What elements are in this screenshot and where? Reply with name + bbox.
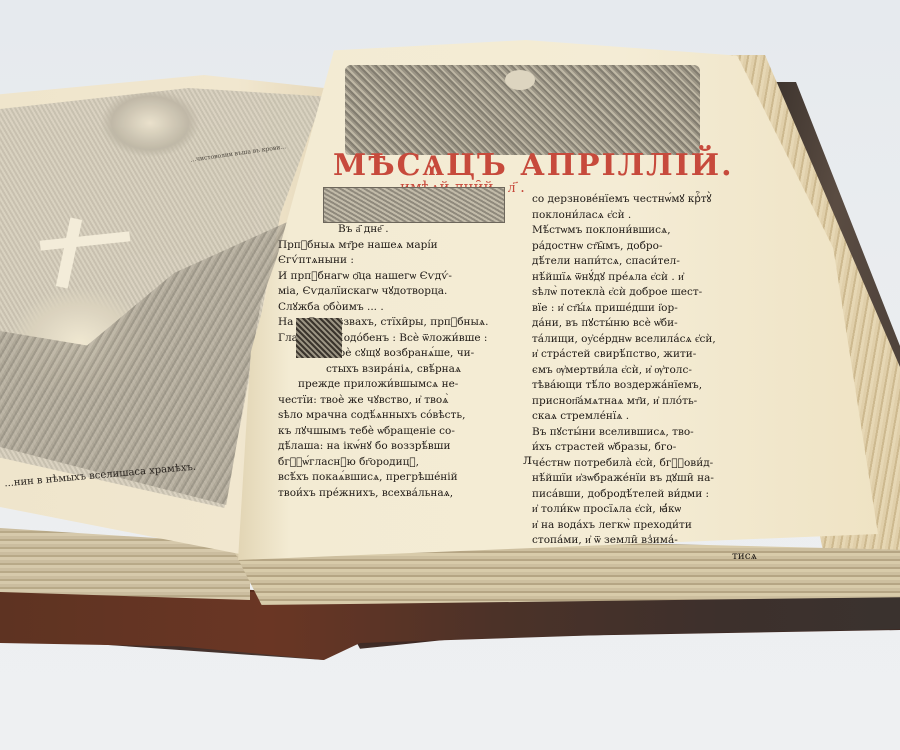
page-title: МѢСѦЦЪ АПРІЛЛІЙ. <box>333 148 734 183</box>
text-line: и҆ толи́кѡ просїѧла є҆сѝ, ꙗ҆́кѡ <box>532 502 757 518</box>
text-line: дѣ́тели напи́тсѧ, спаси́тел- <box>532 254 757 270</box>
text-line: дѣ́лаша: на ікѡ́нꙋ бо воззрѣ́вши <box>278 439 488 455</box>
halo-icon <box>505 70 535 90</box>
text-line: И прпⷣбнагѡ ѻ҃ца нашегѡ Єѵдѵ́- <box>278 269 488 285</box>
text-line: Прпⷣбныѧ мт҃ре нашеѧ марі́и <box>278 238 488 254</box>
text-line: твои́хъ пре́жнихъ, всехва́льнаѧ, <box>278 486 488 502</box>
text-line: ра́достнѡ ст҃ы̑мъ, добро- <box>532 239 757 255</box>
text-line: и҆ стра́стей свирѣ́пство, жити- <box>532 347 757 363</box>
text-line: и́хъ страстей ѡ҆бразы, бго- <box>532 440 757 456</box>
text-line: ѕѣло мрачна содѣ́ѧнныхъ со́вѣсть, <box>278 408 488 424</box>
text-line: вїе : и҆ ст҃ы́ѧ прише́дши і҆ор- <box>532 301 757 317</box>
text-line: да́ни, въ пꙋсты́ню всѐ ѡ҆би- <box>532 316 757 332</box>
decorated-initial <box>296 318 342 358</box>
text-line: нѣ́йшїи и҆зѡбраже́нїи въ дꙋши̑ на- <box>532 471 757 487</box>
text-line: и҆ на вода́хъ легкѡ̀ преходи́ти <box>532 518 757 534</box>
text-line: всѣ́хъ покаѧ́вшисѧ, прегрѣше́ній <box>278 470 488 486</box>
text-line: присноп҃а́мѧтнаѧ мт҃и, и҆ пло́ть- <box>532 394 757 410</box>
text-line: міа, Єѵдалїискагѡ чꙋдотворца. <box>278 284 488 300</box>
text-line: тисѧ <box>532 549 757 565</box>
text-line: бгⷪ҇ѡ́гласнꙋю бг҃ородицꙋ, <box>278 455 488 471</box>
text-line: скаѧ стремле́нїѧ . <box>532 409 757 425</box>
text-line: нѣ́йшїѧ ѿнꙋ́дꙋ пре́ѧла є҆сѝ . и҆ <box>532 270 757 286</box>
text-line: стопа́ми, и҆ ѿ земли̑ вз̾има́- <box>532 533 757 549</box>
text-line: ѕѣлѡ̀ потекла̀ є҆сѝ доброе шест- <box>532 285 757 301</box>
page-signature: л <box>523 452 532 468</box>
text-line: прежде приложи́вшымсѧ не- <box>278 377 488 393</box>
text-line: писа́вши, добродѣ́телей ви́дми : <box>532 487 757 503</box>
text-line: Въ пꙋсты́ни вселившисѧ, тво- <box>532 425 757 441</box>
text-line: поклони́ласѧ є҆сѝ . <box>532 208 757 224</box>
text-line: Въ а҃ дне҃ . <box>278 222 488 238</box>
text-line: Мѣ́стѡмъ поклони́вшисѧ, <box>532 223 757 239</box>
text-column-left: Въ а҃ дне҃ . Прпⷣбныѧ мт҃ре нашеѧ марі́и… <box>278 222 488 501</box>
small-ornament-woodcut <box>323 187 505 223</box>
text-line: та́лищи, оу҆се́рднѡ вселила́сѧ є҆сѝ, <box>532 332 757 348</box>
text-line: ємъ ѹ҆мертви́ла є҆сѝ, и҆ ѹ҆толс- <box>532 363 757 379</box>
text-line: Слꙋжба ѻбо̀имъ ... . <box>278 300 488 316</box>
text-column-right: со дерзнове́нїемъ честнѡ́мꙋ крⷭ҇тꙋ̀ покл… <box>532 192 757 564</box>
text-line: Єгѵ́птѧныни : <box>278 253 488 269</box>
text-line: къ лꙋчшымъ тебѐ ѡбращеніе со- <box>278 424 488 440</box>
text-line: тѣва́ющи тѣ́ло воздержа́нїемъ, <box>532 378 757 394</box>
text-line: че́стнѡ потребила̀ є҆сѝ, бгⷪ҇ови́д- <box>532 456 757 472</box>
text-line: со дерзнове́нїемъ честнѡ́мꙋ крⷭ҇тꙋ̀ <box>532 192 757 208</box>
text-line: честїи: твоѐ же чꙋвство, и҆ твоѧ̀ <box>278 393 488 409</box>
text-line: стыхъ взира́ніѧ, свѣ́рнаѧ <box>278 362 488 378</box>
